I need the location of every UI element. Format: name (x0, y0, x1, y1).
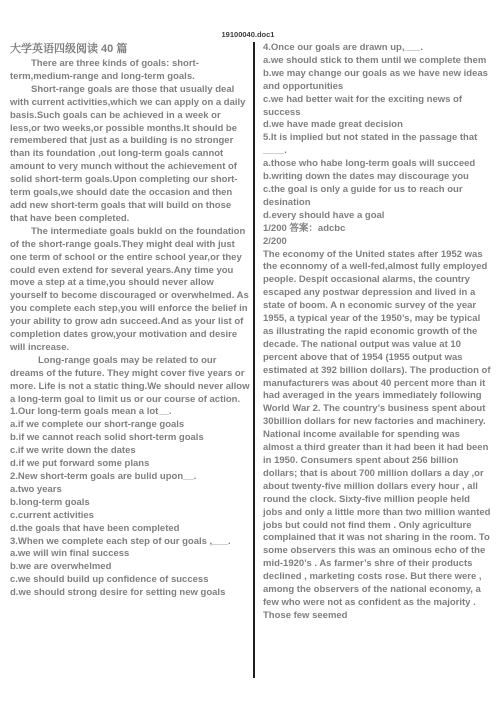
question-1-stem: 1.Our long-term goals mean a lot__. (10, 406, 250, 419)
question-2-option-c: c.current activities (10, 510, 250, 523)
question-4-option-b: b.we may change our goals as we have new… (263, 68, 492, 94)
document-page: 19100040.doc1 大学英语四级阅读 40 篇 There are th… (0, 0, 496, 702)
question-5-option-d: d.every should have a goal (263, 210, 492, 223)
passage1-paragraph-2: Short-range goals are those that usually… (10, 84, 250, 226)
question-4-option-a: a.we should stick to them until we compl… (263, 55, 492, 68)
question-2-stem: 2.New short-term goals are bulid upon__. (10, 471, 250, 484)
question-4-stem: 4.Once our goals are drawn up,___. (263, 42, 492, 55)
question-2-option-b: b.long-term goals (10, 497, 250, 510)
question-1-option-b: b.if we cannot reach solid short-term go… (10, 432, 250, 445)
question-5-stem: 5.It is implied but not stated in the pa… (263, 132, 492, 158)
question-3-stem: 3.When we complete each step of our goal… (10, 536, 250, 549)
document-title: 大学英语四级阅读 40 篇 (10, 42, 250, 57)
passage2-paragraph: The economy of the United states after 1… (263, 249, 492, 623)
question-2-option-a: a.two years (10, 484, 250, 497)
passage1-paragraph-4: Long-range goals may be related to our d… (10, 355, 250, 407)
question-3-option-d: d.we should strong desire for setting ne… (10, 587, 250, 600)
question-1-option-d: d.if we put forward some plans (10, 458, 250, 471)
question-2-option-d: d.the goals that have been completed (10, 523, 250, 536)
passage2-marker: 2/200 (263, 236, 492, 249)
question-5-option-b: b.writing down the dates may discourage … (263, 171, 492, 184)
question-1-option-c: c.if we write down the dates (10, 445, 250, 458)
question-3-option-a: a.we will win final success (10, 548, 250, 561)
question-3-option-b: b.we are overwhelmed (10, 561, 250, 574)
question-4-option-c: c.we had better wait for the exciting ne… (263, 94, 492, 120)
passage1-answer-line: 1/200 答案：adcbc (263, 223, 492, 236)
question-4-option-d: d.we have made great decision (263, 119, 492, 132)
question-1-option-a: a.if we complete our short-range goals (10, 419, 250, 432)
passage1-paragraph-3: The intermediate goals bukld on the foun… (10, 226, 250, 355)
question-5-option-a: a.those who habe long-term goals will su… (263, 158, 492, 171)
document-header-filename: 19100040.doc1 (0, 30, 496, 39)
two-column-layout: 大学英语四级阅读 40 篇 There are three kinds of g… (10, 42, 492, 678)
left-column: 大学英语四级阅读 40 篇 There are three kinds of g… (10, 42, 253, 678)
right-column: 4.Once our goals are drawn up,___. a.we … (253, 42, 492, 678)
passage1-paragraph-1: There are three kinds of goals: short-te… (10, 58, 250, 84)
question-3-option-c: c.we should build up confidence of succe… (10, 574, 250, 587)
question-5-option-c: c.the goal is only a guide for us to rea… (263, 184, 492, 210)
